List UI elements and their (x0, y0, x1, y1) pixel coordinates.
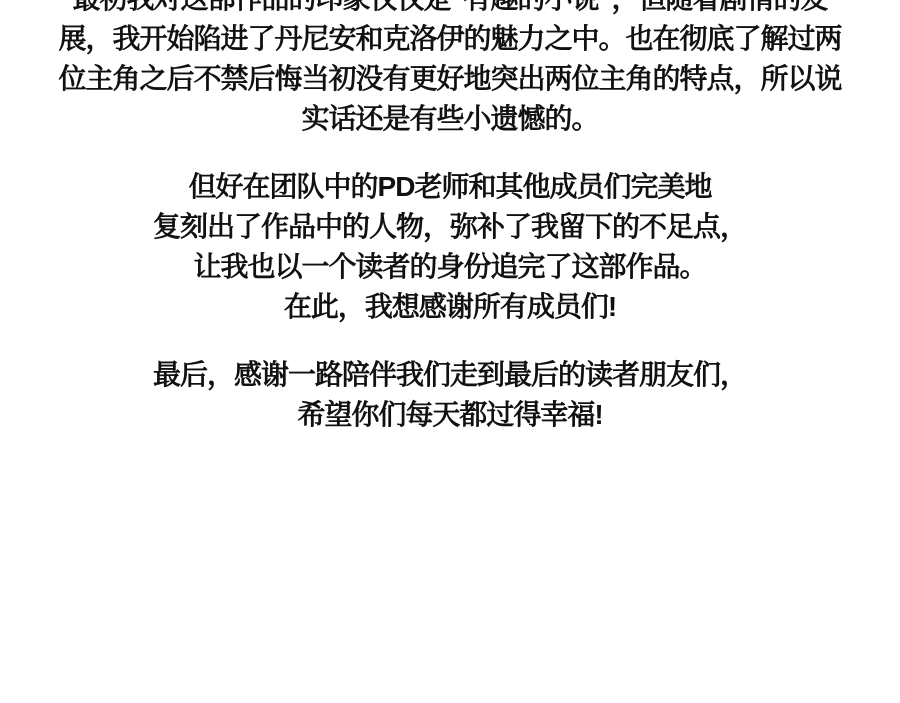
afterword-paragraph-3: 最后，感谢一路陪伴我们走到最后的读者朋友们， 希望你们每天都过得幸福! (20, 355, 880, 435)
afterword-line: 让我也以一个读者的身份追完了这部作品。 (20, 247, 880, 287)
afterword-line: 展，我开始陷进了丹尼安和克洛伊的魅力之中。也在彻底了解过两 (20, 19, 880, 59)
afterword-line: 位主角之后不禁后悔当初没有更好地突出两位主角的特点，所以说 (20, 59, 880, 99)
afterword-line: 希望你们每天都过得幸福! (20, 395, 880, 435)
afterword-paragraph-1: 最初我对这部作品的印象仅仅是“有趣的小说”，但随着剧情的发 展，我开始陷进了丹尼… (20, 0, 880, 139)
afterword-line: 但好在团队中的PD老师和其他成员们完美地 (20, 167, 880, 207)
afterword-line: 实话还是有些小遗憾的。 (20, 99, 880, 139)
afterword-paragraph-2: 但好在团队中的PD老师和其他成员们完美地 复刻出了作品中的人物，弥补了我留下的不… (20, 167, 880, 327)
afterword-line: 在此，我想感谢所有成员们! (20, 287, 880, 327)
afterword-line: 最初我对这部作品的印象仅仅是“有趣的小说”，但随着剧情的发 (20, 0, 880, 19)
afterword-text-block: 最初我对这部作品的印象仅仅是“有趣的小说”，但随着剧情的发 展，我开始陷进了丹尼… (20, 0, 880, 435)
afterword-line: 复刻出了作品中的人物，弥补了我留下的不足点， (20, 207, 880, 247)
afterword-line: 最后，感谢一路陪伴我们走到最后的读者朋友们， (20, 355, 880, 395)
